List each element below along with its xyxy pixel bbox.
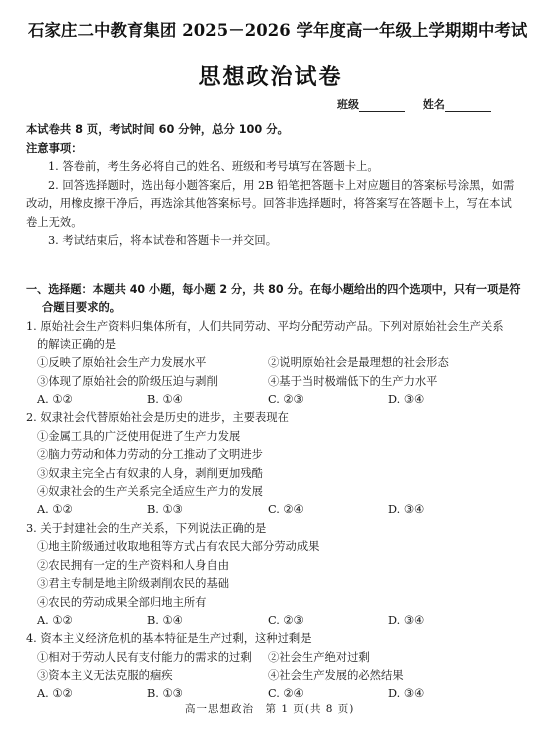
q1-statement-2: ②说明原始社会是最理想的社会形态 [268,354,449,373]
question-1-stem-cont: 的解读正确的是 [37,336,116,355]
exam-summary: 本试卷共 8 页，考试时间 60 分钟，总分 100 分。 [26,121,289,140]
exam-header-title: 石家庄二中教育集团 2025－2026 学年度高一年级上学期期中考试 [28,17,516,41]
notice-item-1: 1. 答卷前，考生务必将自己的姓名、班级和考号填写在答题卡上。 [48,158,379,177]
q2-option-a[interactable]: A. ①② [37,501,73,520]
notice-item-3: 3. 考试结束后，将本试卷和答题卡一并交回。 [48,232,277,251]
q3-option-b[interactable]: B. ①④ [147,612,183,631]
q2-option-c[interactable]: C. ②④ [268,501,304,520]
notice-item-2-cont: 改动，用橡皮擦干净后，再选涂其他答案标号。回答非选择题时，将答案写在答题卡上，写… [26,195,512,214]
question-4-stem: 4. 资本主义经济危机的基本特征是生产过剩，这种过剩是 [26,630,312,649]
q2-statement-3: ③奴隶主完全占有奴隶的人身，剥削更加残酷 [37,465,263,484]
notice-item-2: 2. 回答选择题时，选出每小题答案后，用 2B 铅笔把答题卡上对应题目的答案标号… [48,177,514,196]
q3-option-a[interactable]: A. ①② [37,612,73,631]
q1-statement-1: ①反映了原始社会生产力发展水平 [37,354,206,373]
section-heading: 一、选择题：本题共 40 小题，每小题 2 分，共 80 分。在每小题给出的四个… [26,281,520,300]
q4-statement-4: ④社会生产发展的必然结果 [268,667,404,686]
q4-option-d[interactable]: D. ③④ [388,685,424,704]
name-blank [445,99,491,112]
q1-statement-3: ③体现了原始社会的阶级压迫与剥削 [37,373,218,392]
q4-option-a[interactable]: A. ①② [37,685,73,704]
page-footer: 高一思想政治 第 1 页(共 8 页) [185,701,354,716]
q2-option-d[interactable]: D. ③④ [388,501,424,520]
q4-option-b[interactable]: B. ①③ [147,685,183,704]
q3-statement-1: ①地主阶级通过收取地租等方式占有农民大部分劳动成果 [37,538,319,557]
q2-statement-1: ①金属工具的广泛使用促进了生产力发展 [37,428,240,447]
question-2-stem: 2. 奴隶社会代替原始社会是历史的进步，主要表现在 [26,409,289,428]
class-blank [359,99,405,112]
q2-statement-2: ②脑力劳动和体力劳动的分工推动了文明进步 [37,446,263,465]
q4-statement-3: ③资本主义无法克服的痼疾 [37,667,173,686]
q3-option-d[interactable]: D. ③④ [388,612,424,631]
q3-statement-3: ③君主专制是地主阶级剥削农民的基础 [37,575,229,594]
q1-option-b[interactable]: B. ①④ [147,391,183,410]
question-1-stem: 1. 原始社会生产资料归集体所有，人们共同劳动、平均分配劳动产品。下列对原始社会… [26,318,504,337]
section-heading-cont: 合题目要求的。 [42,299,121,318]
q1-option-d[interactable]: D. ③④ [388,391,424,410]
notice-title: 注意事项： [26,140,83,159]
q2-option-b[interactable]: B. ①③ [147,501,183,520]
student-fields: 班级 姓名 [337,96,505,112]
q1-option-a[interactable]: A. ①② [37,391,73,410]
class-label: 班级 [337,98,359,111]
q2-statement-4: ④奴隶社会的生产关系完全适应生产力的发展 [37,483,263,502]
q1-statement-4: ④基于当时极端低下的生产力水平 [268,373,437,392]
exam-subject-title: 思想政治试卷 [0,60,541,91]
q3-statement-2: ②农民拥有一定的生产资料和人身自由 [37,557,229,576]
q4-statement-1: ①相对于劳动人民有支付能力的需求的过剩 [37,649,252,668]
q1-option-c[interactable]: C. ②③ [268,391,304,410]
question-3-stem: 3. 关于封建社会的生产关系，下列说法正确的是 [26,520,266,539]
q3-statement-4: ④农民的劳动成果全部归地主所有 [37,594,206,613]
notice-item-2-cont2: 卷上无效。 [26,214,83,233]
q4-statement-2: ②社会生产绝对过剩 [268,649,370,668]
name-label: 姓名 [423,98,445,111]
q3-option-c[interactable]: C. ②③ [268,612,304,631]
